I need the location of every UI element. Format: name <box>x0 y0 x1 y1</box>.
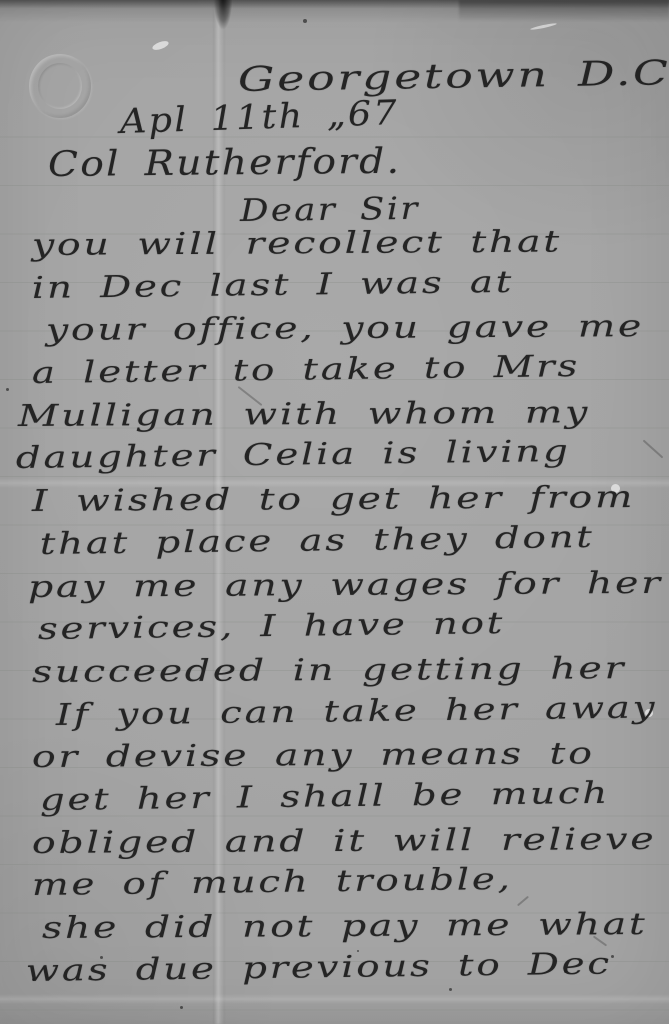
body-line: that place as they dont <box>39 519 662 570</box>
body-line: was due previous to Dec <box>25 946 666 997</box>
speck <box>6 388 9 391</box>
scanned-letter-page: Georgetown D.C. Apl 11th „67 Col Rutherf… <box>0 0 669 1024</box>
body-line: daughter Celia is living <box>15 433 669 484</box>
heading-date: Apl 11th „67 <box>119 93 400 142</box>
body-line: get her I shall be much <box>39 775 662 826</box>
speck <box>303 19 307 23</box>
scan-top-edge-shadow <box>459 0 669 24</box>
body-line: in Dec last I was at <box>31 263 665 314</box>
body-line: If you can take her away <box>55 690 657 740</box>
salutation-line: Dear Sir <box>240 191 420 229</box>
recipient-line: Col Rutherford. <box>48 142 402 185</box>
embossed-seal-icon <box>29 54 91 118</box>
speck <box>180 1006 183 1009</box>
top-crease-mark <box>203 0 243 46</box>
body-line: a letter to take to Mrs <box>31 348 665 399</box>
heading-place: Georgetown D.C. <box>237 53 669 100</box>
embossed-seal-inner-ring <box>38 63 82 109</box>
body-line: services, I have not <box>37 604 663 655</box>
body-line: me of much trouble, <box>31 860 665 911</box>
scratch-mark <box>151 39 169 51</box>
letter-body: you will recollect thatin Dec last I was… <box>32 228 519 996</box>
